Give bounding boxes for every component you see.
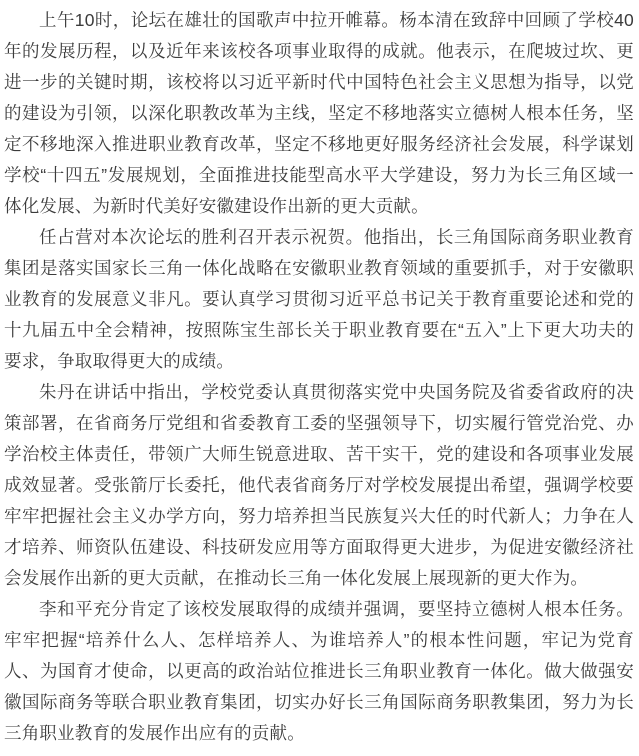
article-page: 上午10时，论坛在雄壮的国歌声中拉开帷幕。杨本清在致辞中回顾了学校40年的发展历… bbox=[0, 0, 639, 756]
paragraph-opening-ceremony: 上午10时，论坛在雄壮的国歌声中拉开帷幕。杨本清在致辞中回顾了学校40年的发展历… bbox=[4, 5, 634, 222]
article-body: 上午10时，论坛在雄壮的国歌声中拉开帷幕。杨本清在致辞中回顾了学校40年的发展历… bbox=[4, 5, 634, 749]
paragraph-zhu-dan-speech: 朱丹在讲话中指出，学校党委认真贯彻落实党中央国务院及省委省政府的决策部署，在省商… bbox=[4, 377, 634, 594]
paragraph-li-heping-remarks: 李和平充分肯定了该校发展取得的成绩并强调，要坚持立德树人根本任务。牢牢把握“培养… bbox=[4, 594, 634, 749]
paragraph-ren-zhanying-congratulations: 任占营对本次论坛的胜利召开表示祝贺。他指出，长三角国际商务职业教育集团是落实国家… bbox=[4, 222, 634, 377]
